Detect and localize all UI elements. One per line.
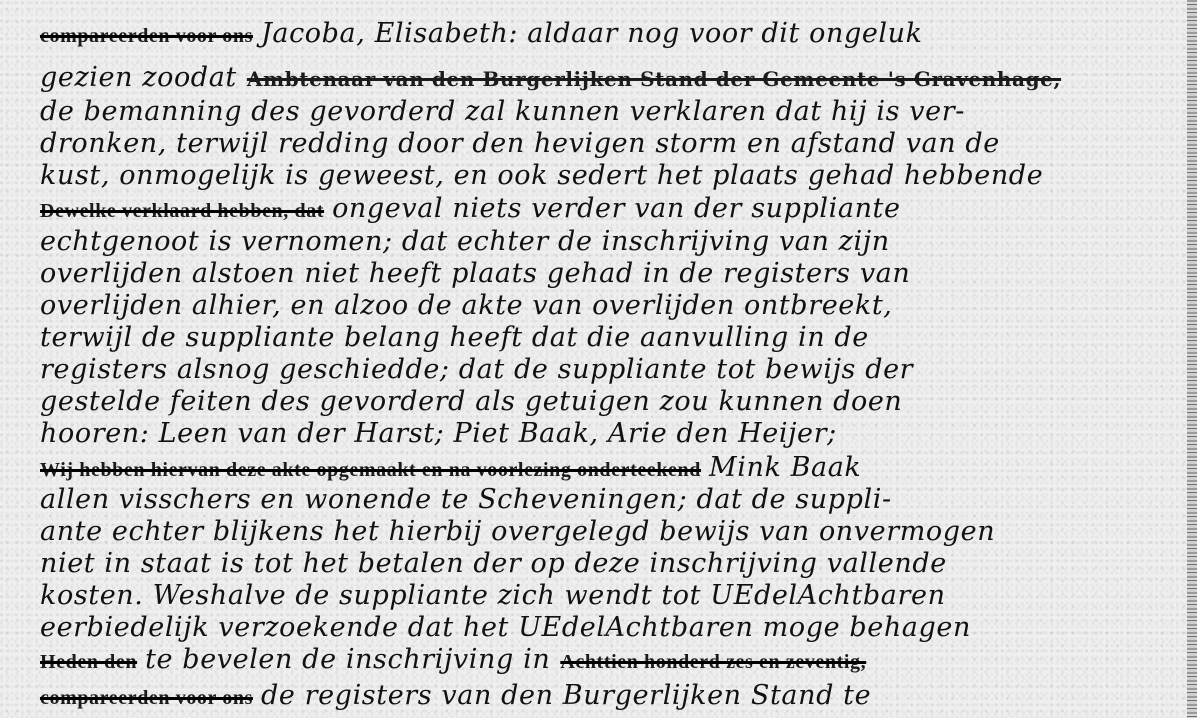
handwritten-text: kosten. Weshalve de suppliante zich wend… [40, 580, 946, 611]
handwritten-text: overlijden alhier, en alzoo de akte van … [40, 290, 892, 321]
document-line: de bemanning des gevorderd zal kunnen ve… [40, 96, 975, 127]
document-line: hooren: Leen van der Harst; Piet Baak, A… [40, 418, 847, 449]
document-line: Wij hebben hiervan deze akte opgemaakt e… [40, 452, 871, 483]
document-line: overlijden alstoen niet heeft plaats geh… [40, 258, 920, 289]
handwritten-text: niet in staat is tot het betalen der op … [40, 548, 947, 579]
document-line: eerbiedelijk verzoekende dat het UEdelAc… [40, 612, 981, 643]
struck-printed-text: Achttien honderd zes en zeventig, [560, 651, 866, 674]
document-line: gezien zoodatAmbtenaar van den Burgerlij… [40, 62, 1069, 93]
struck-printed-text: Dewelke verklaard hebben, dat [40, 200, 324, 223]
document-line: Dewelke verklaard hebben, datongeval nie… [40, 193, 911, 224]
handwritten-text: ongeval niets verder van der suppliante [332, 193, 901, 224]
scanned-document-page: compareerden voor onsJacoba, Elisabeth: … [0, 0, 1197, 718]
handwritten-text: registers alsnog geschiedde; dat de supp… [40, 354, 913, 385]
handwritten-text: hooren: Leen van der Harst; Piet Baak, A… [40, 418, 837, 449]
document-line: kust, onmogelijk is geweest, en ook sede… [40, 160, 1053, 191]
struck-printed-text: Wij hebben hiervan deze akte opgemaakt e… [40, 459, 701, 482]
handwritten-text: allen visschers en wonende te Schevening… [40, 484, 892, 515]
struck-printed-text: compareerden voor ons [40, 25, 253, 48]
handwritten-text: te bevelen de inschrijving in [145, 644, 550, 675]
document-line: gestelde feiten des gevorderd als getuig… [40, 386, 912, 417]
handwritten-text: kust, onmogelijk is geweest, en ook sede… [40, 160, 1043, 191]
document-line: dronken, terwijl redding door den hevige… [40, 128, 1010, 159]
document-line: registers alsnog geschiedde; dat de supp… [40, 354, 923, 385]
handwritten-text: gezien zoodat [40, 62, 237, 93]
handwritten-text: gestelde feiten des gevorderd als getuig… [40, 386, 902, 417]
document-line: compareerden voor onsde registers van de… [40, 680, 881, 711]
struck-printed-text: Ambtenaar van den Burgerlijken Stand der… [247, 67, 1061, 91]
document-line: allen visschers en wonende te Schevening… [40, 484, 902, 515]
struck-printed-text: compareerden voor ons [40, 687, 253, 710]
document-line: echtgenoot is vernomen; dat echter de in… [40, 226, 900, 257]
page-edge [1187, 0, 1197, 718]
handwritten-text: terwijl de suppliante belang heeft dat d… [40, 322, 869, 353]
document-line: compareerden voor onsJacoba, Elisabeth: … [40, 18, 933, 49]
handwritten-text: ante echter blijkens het hierbij overgel… [40, 516, 995, 547]
handwritten-text: dronken, terwijl redding door den hevige… [40, 128, 1000, 159]
handwritten-text: Jacoba, Elisabeth: aldaar nog voor dit o… [261, 18, 923, 49]
handwritten-text: overlijden alstoen niet heeft plaats geh… [40, 258, 910, 289]
handwritten-text: eerbiedelijk verzoekende dat het UEdelAc… [40, 612, 971, 643]
handwritten-text: de registers van den Burgerlijken Stand … [261, 680, 871, 711]
handwritten-text: echtgenoot is vernomen; dat echter de in… [40, 226, 890, 257]
document-line: ante echter blijkens het hierbij overgel… [40, 516, 1005, 547]
handwritten-text: Mink Baak [709, 452, 861, 483]
document-line: terwijl de suppliante belang heeft dat d… [40, 322, 879, 353]
document-line: overlijden alhier, en alzoo de akte van … [40, 290, 902, 321]
document-line: Heden dente bevelen de inschrijving inAc… [40, 644, 874, 675]
struck-printed-text: Heden den [40, 651, 137, 674]
handwritten-text: de bemanning des gevorderd zal kunnen ve… [40, 96, 965, 127]
document-line: niet in staat is tot het betalen der op … [40, 548, 957, 579]
document-line: kosten. Weshalve de suppliante zich wend… [40, 580, 956, 611]
